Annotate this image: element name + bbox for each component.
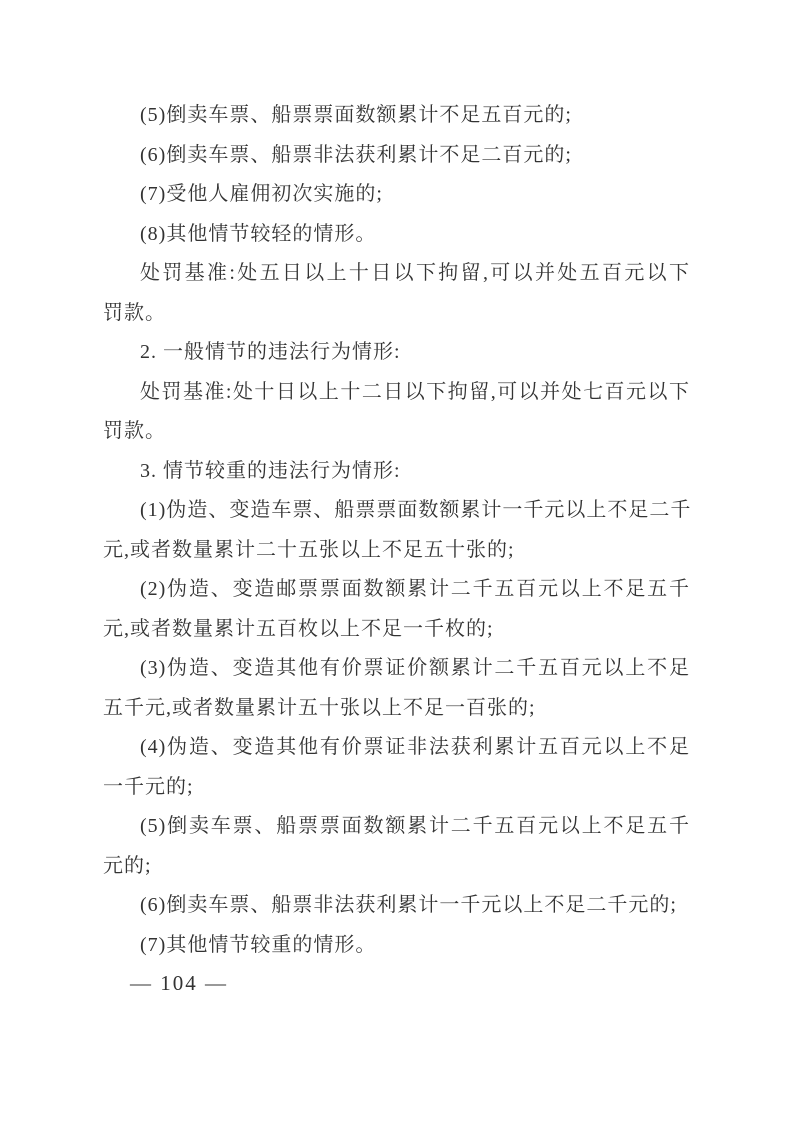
page-number: — 104 —: [130, 966, 228, 1000]
text-line: (5)倒卖车票、船票票面数额累计不足五百元的;: [103, 96, 690, 136]
text-line: 罚款。: [103, 294, 690, 334]
text-line: (8)其他情节较轻的情形。: [103, 215, 690, 255]
text-line: 3. 情节较重的违法行为情形:: [103, 452, 690, 492]
text-line: 五千元,或者数量累计五十张以上不足一百张的;: [103, 689, 690, 729]
text-line: 元,或者数量累计五百枚以上不足一千枚的;: [103, 610, 690, 650]
text-line: (1)伪造、变造车票、船票票面数额累计一千元以上不足二千: [103, 491, 690, 531]
text-line: (6)倒卖车票、船票非法获利累计不足二百元的;: [103, 136, 690, 176]
text-line: (7)受他人雇佣初次实施的;: [103, 175, 690, 215]
text-line: 元,或者数量累计二十五张以上不足五十张的;: [103, 531, 690, 571]
text-line: (2)伪造、变造邮票票面数额累计二千五百元以上不足五千: [103, 570, 690, 610]
text-line: (3)伪造、变造其他有价票证价额累计二千五百元以上不足: [103, 649, 690, 689]
text-line: (4)伪造、变造其他有价票证非法获利累计五百元以上不足: [103, 728, 690, 768]
text-line: 处罚基准:处十日以上十二日以下拘留,可以并处七百元以下: [103, 373, 690, 413]
text-line: (5)倒卖车票、船票票面数额累计二千五百元以上不足五千: [103, 807, 690, 847]
document-text-block: (5)倒卖车票、船票票面数额累计不足五百元的; (6)倒卖车票、船票非法获利累计…: [103, 96, 690, 965]
text-line: 处罚基准:处五日以上十日以下拘留,可以并处五百元以下: [103, 254, 690, 294]
text-line: 2. 一般情节的违法行为情形:: [103, 333, 690, 373]
text-line: 罚款。: [103, 412, 690, 452]
text-line: 元的;: [103, 847, 690, 887]
text-line: (7)其他情节较重的情形。: [103, 926, 690, 966]
text-line: (6)倒卖车票、船票非法获利累计一千元以上不足二千元的;: [103, 886, 690, 926]
text-line: 一千元的;: [103, 768, 690, 808]
document-page: (5)倒卖车票、船票票面数额累计不足五百元的; (6)倒卖车票、船票非法获利累计…: [0, 0, 793, 1122]
